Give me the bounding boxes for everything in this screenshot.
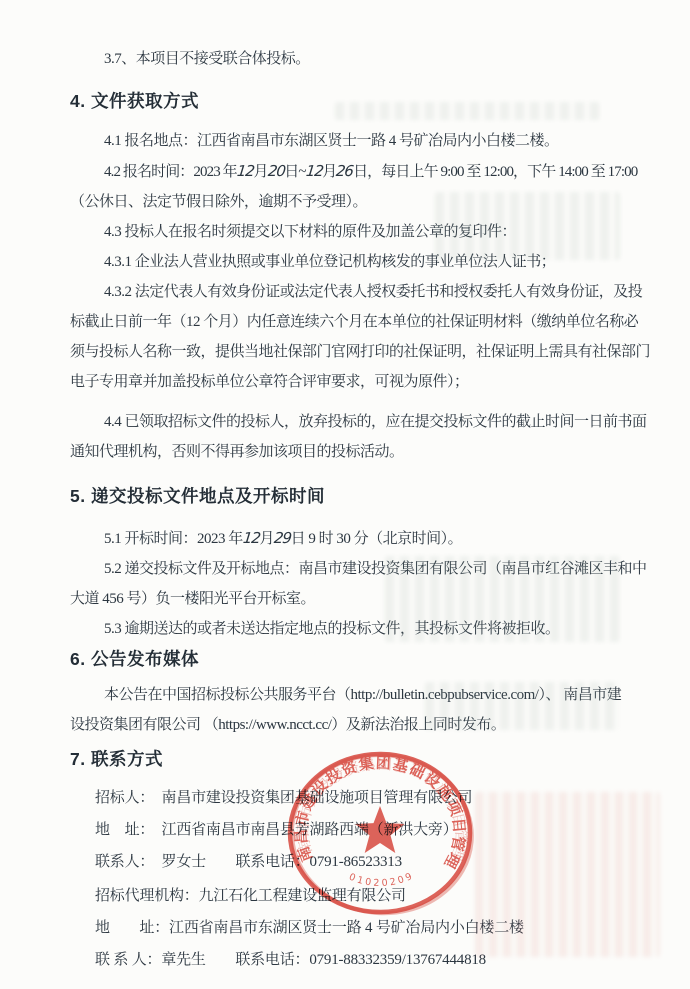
clause-4-3-2-line: 4.3.2 法定代表人有效身份证或法定代表人授权委托书和授权委托人有效身份证，及… — [70, 277, 622, 307]
clause-4-4: 4.4 已领取招标文件的投标人，放弃投标的，应在提交投标文件的截止时间一日前书面… — [70, 407, 622, 467]
section-7-heading: 7. 联系方式 — [70, 746, 622, 772]
section-6-heading: 6. 公告发布媒体 — [70, 646, 622, 672]
agency-value: 九江石化工程建设监理有限公司 — [199, 888, 406, 904]
address-label: 地 址： — [95, 822, 162, 838]
address-value: 江西省南昌市南昌县芳湖路西端（新洪大旁） — [162, 822, 458, 838]
clause-4-3-2-line: 标截止日前一年（12 个月）内任意连续六个月在本单位的社保证明材料（缴纳单位名称… — [70, 307, 622, 337]
bleed-through-artifact — [335, 102, 600, 120]
bleed-through-artifact — [385, 556, 620, 642]
clause-4-2-printed: 日，每日上午 9:00 至 12:00，下午 14:00 至 17:00 — [353, 164, 637, 180]
clause-4-1: 4.1 报名地点：江西省南昌市东湖区贤士一路 4 号矿冶局内小白楼二楼。 — [70, 126, 622, 156]
bleed-through-artifact — [435, 192, 620, 260]
scanned-tender-notice-page: 3.7、本项目不接受联合体投标。 4. 文件获取方式 4.1 报名地点：江西省南… — [0, 0, 690, 989]
contact-value: 章先生 联系电话：0791-88332359/13767444818 — [161, 952, 486, 968]
clause-4-3-2-line: 须与投标人名称一致，提供当地社保部门官网打印的社保证明，社保证明上需具有社保部门 — [70, 337, 622, 367]
clause-4-2-line1: 4.2 报名时间：2023 年12月20日~12月26日，每日上午 9:00 至… — [70, 156, 622, 187]
address-value: 江西省南昌市东湖区贤士一路 4 号矿冶局内小白楼二楼 — [169, 920, 524, 936]
handwritten-day-3: 29 — [272, 523, 292, 553]
clause-4-2-printed: 月 — [253, 164, 267, 180]
contact-value: 罗女士 联系电话：0791-86523313 — [162, 854, 402, 870]
tenderer-label: 招标人： — [95, 790, 162, 806]
handwritten-day-2: 26 — [335, 156, 355, 186]
clause-5-1-printed: 5.1 开标时间：2023 年 — [104, 531, 243, 547]
clause-4-4-line: 通知代理机构，否则不得再参加该项目的投标活动。 — [70, 437, 622, 467]
handwritten-month-1: 12 — [235, 156, 255, 186]
handwritten-day-1: 20 — [266, 156, 286, 186]
clause-4-2-printed: 日~ — [284, 164, 305, 180]
address-label: 地 址： — [95, 920, 169, 936]
handwritten-month-2: 12 — [304, 156, 324, 186]
clause-4-3-2-line: 电子专用章并加盖投标单位公章符合评审要求，可视为原件）； — [70, 367, 622, 397]
clause-5-1-printed: 日 9 时 30 分（北京时间）。 — [291, 531, 463, 547]
clause-3-7: 3.7、本项目不接受联合体投标。 — [70, 44, 622, 74]
tenderer-value: 南昌市建设投资集团基础设施项目管理有限公司 — [162, 790, 473, 806]
handwritten-month-3: 12 — [241, 523, 261, 553]
section-5-heading: 5. 递交投标文件地点及开标时间 — [70, 483, 622, 509]
clause-5-1-printed: 月 — [259, 531, 274, 547]
agency-label: 招标代理机构： — [95, 888, 199, 904]
bleed-through-artifact — [425, 682, 620, 730]
clause-4-3-2: 4.3.2 法定代表人有效身份证或法定代表人授权委托书和授权委托人有效身份证，及… — [70, 277, 622, 397]
clause-4-4-line: 4.4 已领取招标文件的投标人，放弃投标的，应在提交投标文件的截止时间一日前书面 — [70, 407, 622, 437]
contact-label: 联 系 人： — [95, 952, 161, 968]
clause-5-1: 5.1 开标时间：2023 年12月29日 9 时 30 分（北京时间）。 — [70, 523, 622, 554]
bleed-through-artifact — [475, 792, 660, 957]
contact-label: 联系人： — [95, 854, 162, 870]
clause-4-2-printed: 4.2 报名时间：2023 年 — [104, 164, 237, 180]
